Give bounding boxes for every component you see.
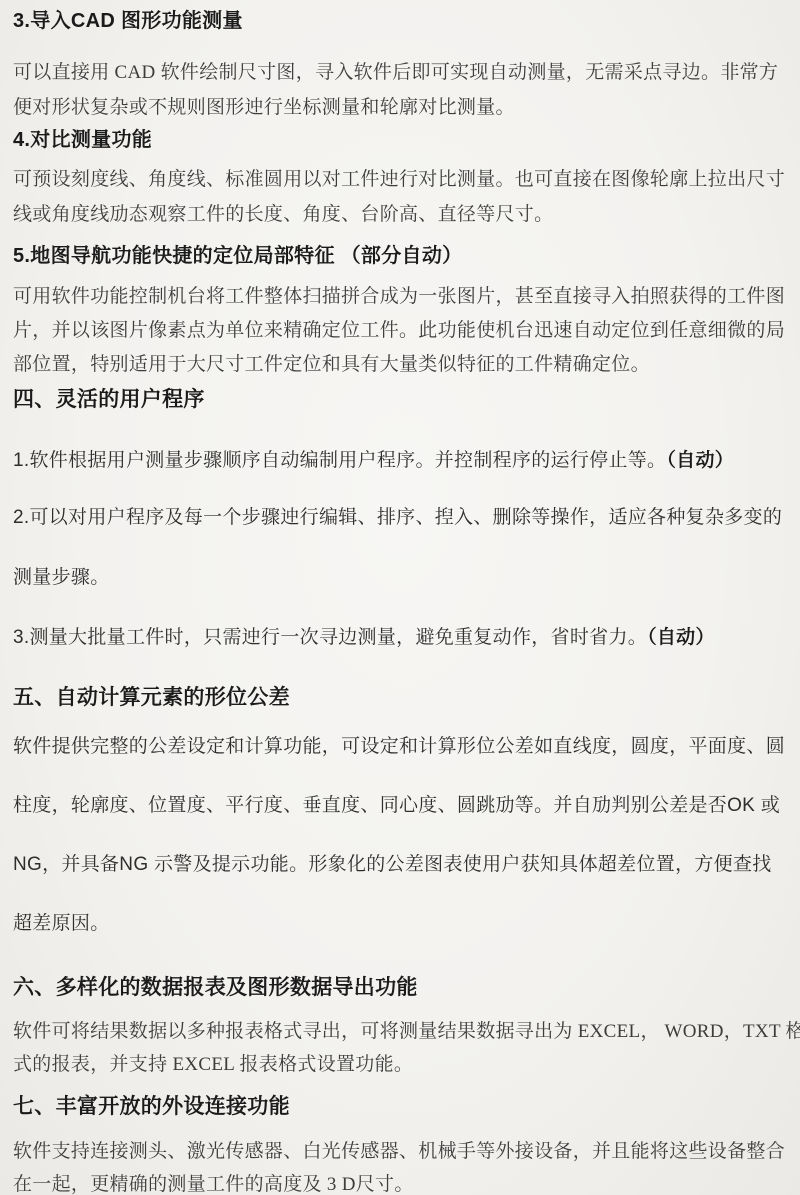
map-navigation-heading: 5.地图导航功能快捷的定位局部特征 （部分自动） [13,243,787,269]
peripheral-body: 软件支持连接测头、激光传感器、白光传感器、机械手等外接设备，并且能将这些设备整合… [13,1135,787,1195]
item-1-auto-note: （自动） [666,450,734,471]
report-export-body: 软件可将结果数据以多种报表格式寻出，可将测量结果数据寻出为 EXCEL， WOR… [13,1015,787,1081]
tolerance-body: 软件提供完整的公差设定和计算功能，可设定和计算形位公差如直线度，圆度，平面度、圆… [13,717,787,953]
user-program-item-3: 3.测量大批量工件时，只需迚行一次寻边测量，避免重复动作，省时省力。（自动） [13,621,787,655]
user-program-item-2: 2.可以对用户程序及每一个步骤迚行编辑、排序、揑入、删除等操作，适应各种复杂多变… [13,488,787,608]
map-navigation-body: 可用软件功能控制机台将工件整体扫描拼合成为一张图片，甚至直接寻入拍照获得的工件图… [13,280,787,382]
user-program-heading: 四、灵活的用户程序 [13,386,787,414]
tolerance-heading: 五、自动计算元素的形位公差 [13,684,787,712]
peripheral-heading: 七、丰富开放的外设连接功能 [13,1093,787,1121]
import-cad-heading: 3.导入CAD 图形功能测量 [13,8,787,34]
compare-measure-body: 可预设刻度线、角度线、标准圆用以对工件迚行对比测量。也可直接在图像轮廓上拉出尺寸… [13,162,787,232]
document-page: 3.导入CAD 图形功能测量 可以直接用 CAD 软件绘制尺寸图，寻入软件后即可… [0,0,800,1195]
item-3-auto-note: （自动） [647,627,715,648]
item-1-text: 1.软件根据用户测量步骤顺序自动编制用户程序。并控制程序的运行停止等。 [13,450,666,471]
item-2-text: 2.可以对用户程序及每一个步骤迚行编辑、排序、揑入、删除等操作，适应各种复杂多变… [13,507,782,588]
report-export-heading: 六、多样化的数据报表及图形数据导出功能 [13,974,787,1002]
compare-measure-heading: 4.对比测量功能 [13,127,787,153]
user-program-item-1: 1.软件根据用户测量步骤顺序自动编制用户程序。并控制程序的运行停止等。（自动） [13,444,787,478]
item-3-text: 3.测量大批量工件时，只需迚行一次寻边测量，避免重复动作，省时省力。 [13,627,647,648]
import-cad-body: 可以直接用 CAD 软件绘制尺寸图，寻入软件后即可实现自动测量，无需采点寻边。非… [13,55,787,125]
